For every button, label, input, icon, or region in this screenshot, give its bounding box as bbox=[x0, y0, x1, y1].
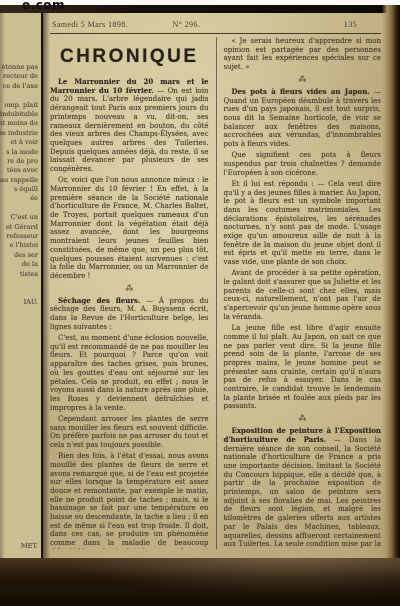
masthead-issue-number: N° 296. bbox=[172, 20, 200, 29]
prev-page-text-fragment bbox=[0, 504, 41, 513]
paragraph: Des pots à fleurs vides au Japon. — Quan… bbox=[224, 88, 382, 149]
section-separator: ⁂ bbox=[50, 284, 209, 293]
prev-page-text-fragment bbox=[0, 420, 41, 429]
prev-page-text-fragment: rofesseur bbox=[0, 232, 41, 241]
prev-page-text-fragment bbox=[0, 401, 41, 410]
prev-page-text-fragment bbox=[0, 307, 41, 316]
prev-page-text-fragment: recteur de bbox=[0, 72, 41, 81]
prev-page-text-fragment bbox=[0, 91, 41, 100]
prev-page-text-fragment bbox=[0, 279, 41, 288]
prev-page-text-fragment bbox=[0, 439, 41, 448]
left-column: CHRONIQUE Le Marronnier du 20 mars et le… bbox=[50, 37, 216, 549]
book-right-edge bbox=[382, 5, 400, 606]
right-column-blocks: « Je serais heureux d'apprendre si mon o… bbox=[224, 37, 382, 549]
prev-page-text-fragment bbox=[0, 533, 41, 542]
prev-page-text-fragment: re de pro bbox=[0, 157, 41, 166]
prev-page-text-fragment bbox=[0, 373, 41, 382]
paragraph-lead: Des pots à fleurs vides au Japon. bbox=[232, 87, 375, 96]
watermark-text: e.com bbox=[22, 0, 65, 12]
prev-page-text-fragment bbox=[0, 317, 41, 326]
paragraph: Que signifient ces pots à fleurs suspend… bbox=[224, 151, 382, 177]
masthead-page-number: 135 bbox=[344, 20, 381, 29]
text-columns: CHRONIQUE Le Marronnier du 20 mars et le… bbox=[50, 37, 381, 549]
prev-page-text-fragment: étonne pas bbox=[0, 63, 41, 72]
prev-page-text-fragment: et à voir bbox=[0, 138, 41, 147]
prev-page-text-fragment: omp. plait bbox=[0, 101, 41, 110]
prev-page-text-fragment bbox=[0, 448, 41, 457]
page-content: Samedi 5 Mars 1898. N° 296. 135 CHRONIQU… bbox=[45, 13, 385, 562]
prev-page-text-fragment bbox=[0, 345, 41, 354]
paragraph: « Je serais heureux d'apprendre si mon o… bbox=[224, 37, 382, 72]
prev-page-text-fragment: si indubitable bbox=[0, 110, 41, 119]
prev-page-text-fragment bbox=[0, 486, 41, 495]
prev-page-text-fragment: et Gérard bbox=[0, 223, 41, 232]
prev-page-text-fragment bbox=[0, 204, 41, 213]
prev-page-text-fragment: de la bbox=[0, 260, 41, 269]
prev-page-text-fragment bbox=[0, 335, 41, 344]
prev-page-text-fragment: ne industrie bbox=[0, 129, 41, 138]
prev-page-text-fragment bbox=[0, 288, 41, 297]
prev-page-text-fragment: s la mode bbox=[0, 148, 41, 157]
scanned-page-photo: e.com étonne pasrecteur dece de l'axeomp… bbox=[0, 0, 400, 606]
prev-page-text-fragment bbox=[0, 514, 41, 523]
paragraph: Or, voici que l'on nous annonce mieux : … bbox=[50, 176, 209, 280]
prev-page-text-fragment: tistes bbox=[0, 270, 41, 279]
page-gutter-shadow bbox=[43, 13, 50, 560]
prev-page-text-fragment bbox=[0, 392, 41, 401]
left-edge-shadow bbox=[0, 13, 5, 560]
prev-page-text-fragment: MET. bbox=[0, 542, 41, 551]
prev-page-text-fragment bbox=[0, 429, 41, 438]
prev-page-text-fragment bbox=[0, 354, 41, 363]
prev-page-text-fragment bbox=[0, 476, 41, 485]
prev-page-text-fragment: nt moins du bbox=[0, 119, 41, 128]
prev-page-text-fragment: ée bbox=[0, 194, 41, 203]
prev-page-text-fragment bbox=[0, 410, 41, 419]
prev-page-text-fragment bbox=[0, 467, 41, 476]
prev-page-text-fragment bbox=[0, 457, 41, 466]
right-column: « Je serais heureux d'apprendre si mon o… bbox=[216, 37, 382, 549]
left-column-blocks: Le Marronnier du 20 mars et le Marronnie… bbox=[50, 78, 209, 549]
masthead: Samedi 5 Mars 1898. N° 296. 135 bbox=[50, 18, 381, 34]
paragraph: Exposition de peinture à l'Exposition d'… bbox=[224, 427, 382, 549]
paragraph-lead: Séchage des fleurs. bbox=[58, 296, 146, 305]
prev-page-text-fragment: e l'histoi bbox=[0, 241, 41, 250]
paragraph: Séchage des fleurs. — À propos du séchag… bbox=[50, 297, 209, 332]
newspaper-page: étonne pasrecteur dece de l'axeomp. plai… bbox=[0, 13, 400, 562]
section-separator: ⁂ bbox=[224, 414, 382, 423]
prev-page-text-fragment: s équill bbox=[0, 185, 41, 194]
prev-page-text-fragment bbox=[0, 523, 41, 532]
paragraph: Cependant arroser les plantes de serre s… bbox=[50, 415, 209, 450]
paragraph-lead: Exposition de peinture à l'Exposition d'… bbox=[224, 426, 382, 444]
paragraph: C'est, au moment d'une éclosion nouvelle… bbox=[50, 334, 209, 412]
prev-page-text-fragment bbox=[0, 364, 41, 373]
prev-page-text-fragment: IAU. bbox=[0, 298, 41, 307]
prev-page-text-fragment bbox=[0, 495, 41, 504]
paragraph: Et il lui est répondu : — Cela veut dire… bbox=[224, 180, 382, 267]
prev-page-text-fragment: au rappelle bbox=[0, 176, 41, 185]
masthead-date: Samedi 5 Mars 1898. bbox=[52, 20, 128, 29]
prev-page-text-fragment: des ser bbox=[0, 251, 41, 260]
page-title: CHRONIQUE bbox=[50, 46, 209, 68]
prev-page-fragments: étonne pasrecteur dece de l'axeomp. plai… bbox=[0, 13, 43, 562]
paragraph: Avant de procéder à sa petite opération,… bbox=[224, 269, 382, 321]
prev-page-text-fragment bbox=[0, 382, 41, 391]
prev-page-text-fragment: tées avec bbox=[0, 166, 41, 175]
book-bottom-edge bbox=[0, 558, 400, 606]
paragraph: Le Marronnier du 20 mars et le Marronnie… bbox=[50, 78, 209, 174]
prev-page-text-fragment: ce de l'axe bbox=[0, 82, 41, 91]
prev-page-text-fragment bbox=[0, 326, 41, 335]
paragraph: La jeune fille est libre d'agir ensuite … bbox=[224, 324, 382, 411]
paragraph: Bien des fois, à l'état d'essai, nous av… bbox=[50, 452, 209, 549]
prev-page-text-fragment: C'est un bbox=[0, 213, 41, 222]
paragraph-lead: Le Marronnier du 20 mars et le Marronnie… bbox=[50, 77, 209, 95]
section-separator: ⁂ bbox=[224, 75, 382, 84]
